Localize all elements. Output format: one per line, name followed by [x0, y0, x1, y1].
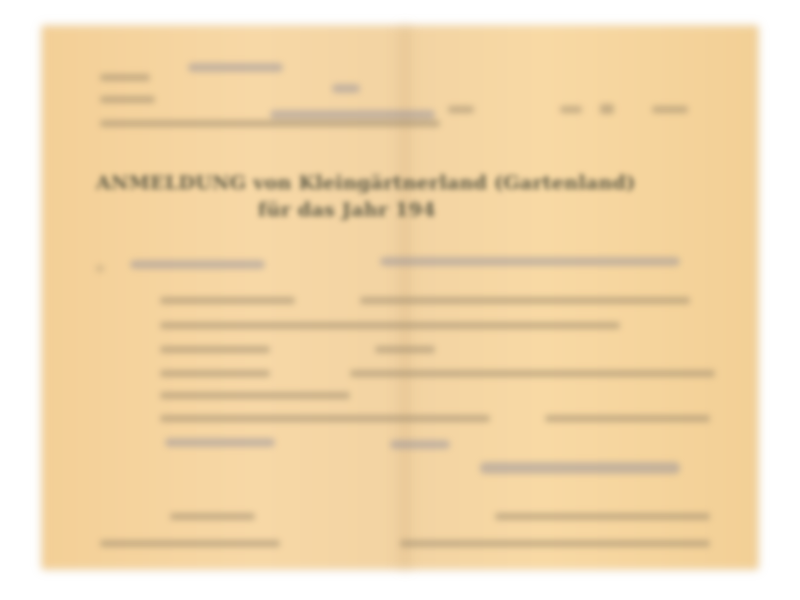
- footer-text: [170, 513, 255, 520]
- footer-text: [400, 540, 710, 547]
- field-label: [560, 106, 582, 113]
- signature: [480, 462, 680, 474]
- field-label: [100, 74, 150, 81]
- heading-line-2: für das Jahr 194: [96, 197, 736, 224]
- field-label: [100, 96, 155, 103]
- form-text: [350, 370, 715, 377]
- form-text: [160, 392, 350, 399]
- field-label: [96, 265, 104, 272]
- handwritten-entry: [270, 110, 435, 119]
- heading-line-1: ANMELDUNG von Kleingärtnerland (Gartenla…: [96, 172, 636, 194]
- handwritten-entry: [380, 257, 680, 266]
- handwritten-entry: [332, 84, 360, 93]
- footer-text: [495, 513, 710, 520]
- form-heading: ANMELDUNG von Kleingärtnerland (Gartenla…: [96, 170, 736, 224]
- footer-text: [100, 540, 280, 547]
- field-label: [100, 120, 440, 127]
- form-text: [160, 415, 490, 422]
- form-text: [360, 297, 690, 304]
- form-text: [545, 415, 710, 422]
- handwritten-entry: [390, 440, 450, 449]
- form-text: [160, 370, 270, 377]
- form-text: [160, 297, 295, 304]
- date-value: [600, 104, 614, 114]
- handwritten-entry: [165, 438, 275, 447]
- date-value: [652, 106, 688, 113]
- field-label: [448, 106, 474, 113]
- handwritten-entry: [188, 63, 283, 72]
- form-text: [160, 346, 270, 353]
- form-text: [160, 322, 620, 329]
- form-body: [0, 0, 800, 600]
- handwritten-entry: [130, 260, 265, 269]
- form-text: [375, 346, 435, 353]
